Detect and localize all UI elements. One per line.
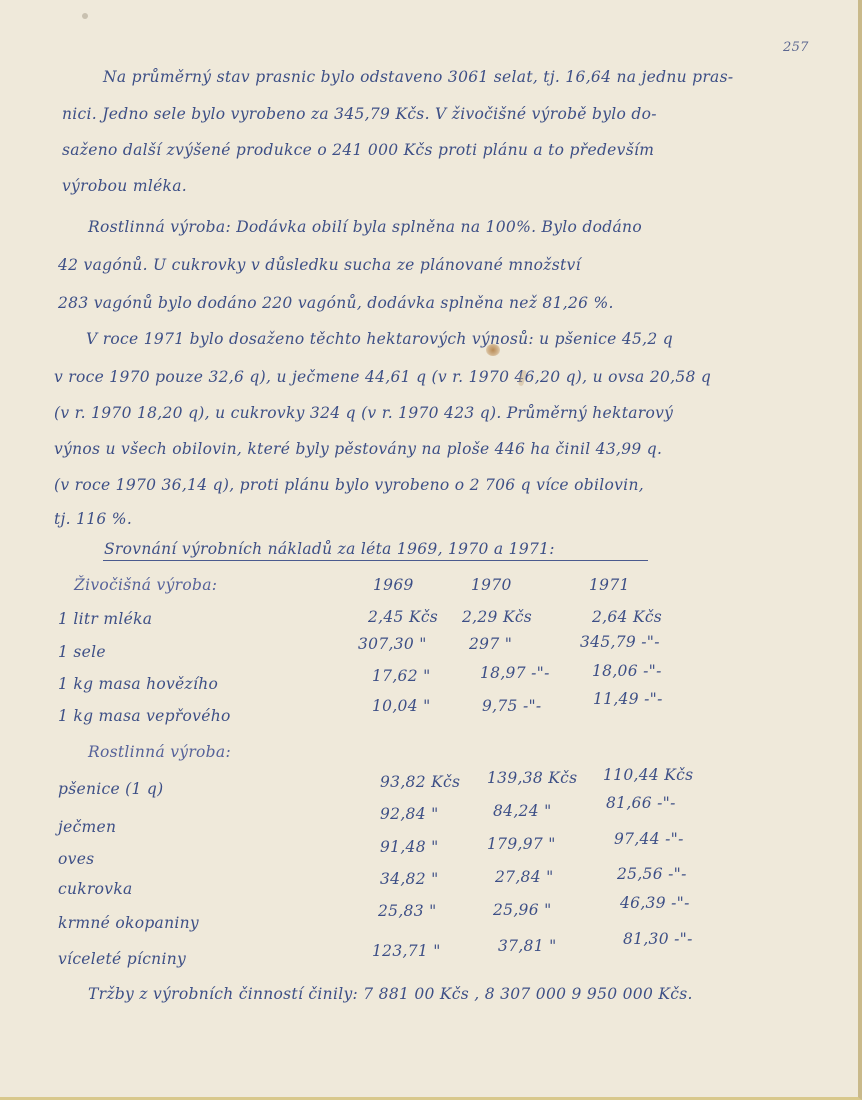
paragraph-3-line-1: V roce 1971 bylo dosaženo těchto hektaro… [86,330,673,348]
table-cell-1970: 139,38 Kčs [487,769,577,787]
table-cell-1970: 25,96 " [493,901,552,919]
table-cell-1971: 2,64 Kčs [592,608,662,626]
table-row-item: víceleté pícniny [58,950,186,968]
document-page: 257 Na průměrný stav prasnic bylo odstav… [0,0,862,1100]
revenue-line: Tržby z výrobních činností činily: 7 881… [88,985,693,1003]
table-cell-1970: 297 " [469,635,512,653]
table-cell-1971: 110,44 Kčs [603,766,693,784]
table-cell-1970: 27,84 " [495,868,554,886]
year-1970: 1970 [471,576,512,594]
paragraph-3-line-4: výnos u všech obilovin, které byly pěsto… [54,440,662,458]
table-cell-1971: 81,30 -"- [623,930,693,948]
table-cell-1970: 18,97 -"- [480,664,550,682]
animal-section-label: Živočišná výroba: [74,576,217,594]
paragraph-3-line-2: v roce 1970 pouze 32,6 q), u ječmene 44,… [54,368,711,386]
table-cell-1971: 46,39 -"- [620,894,690,912]
table-row-item: ječmen [58,818,116,836]
table-row-item: cukrovka [58,880,133,898]
table-cell-1970: 9,75 -"- [482,697,541,715]
table-row-item: 1 sele [58,643,106,661]
table-row-item: 1 kg masa hovězího [58,675,218,693]
paragraph-1-line-1: Na průměrný stav prasnic bylo odstaveno … [103,68,733,86]
table-cell-1969: 10,04 " [372,697,431,715]
table-cell-1971: 11,49 -"- [593,690,663,708]
page-number: 257 [783,40,809,55]
table-cell-1971: 97,44 -"- [614,830,684,848]
table-row-item: 1 litr mléka [58,610,152,628]
table-cell-1969: 34,82 " [380,870,439,888]
paper-blemish [82,13,88,19]
title-underline [103,560,648,561]
table-cell-1970: 37,81 " [498,937,557,955]
paragraph-2-line-1: Rostlinná výroba: Dodávka obilí byla spl… [88,218,642,236]
comparison-title: Srovnání výrobních nákladů za léta 1969,… [104,540,555,558]
table-cell-1970: 179,97 " [487,835,556,853]
table-cell-1969: 25,83 " [378,902,437,920]
plant-section-label: Rostlinná výroba: [88,743,231,761]
table-cell-1969: 92,84 " [380,805,439,823]
table-cell-1969: 123,71 " [372,942,441,960]
paragraph-3-line-3: (v r. 1970 18,20 q), u cukrovky 324 q (v… [54,404,673,422]
paper-stain [486,344,500,356]
paragraph-2-line-2: 42 vagónů. U cukrovky v důsledku sucha z… [58,256,581,274]
table-cell-1971: 81,66 -"- [606,794,676,812]
table-cell-1969: 2,45 Kčs [368,608,438,626]
table-cell-1971: 25,56 -"- [617,865,687,883]
paragraph-1-line-3: saženo další zvýšené produkce o 241 000 … [62,141,654,159]
paragraph-1-line-2: nici. Jedno sele bylo vyrobeno za 345,79… [62,105,657,123]
year-1971: 1971 [589,576,630,594]
table-cell-1969: 307,30 " [358,635,427,653]
paragraph-1-line-4: výrobou mléka. [62,177,187,195]
table-cell-1970: 84,24 " [493,802,552,820]
table-cell-1971: 18,06 -"- [592,662,662,680]
table-cell-1971: 345,79 -"- [580,633,660,651]
table-row-item: pšenice (1 q) [58,780,163,798]
paragraph-3-line-5: (v roce 1970 36,14 q), proti plánu bylo … [54,476,644,494]
table-row-item: 1 kg masa vepřového [58,707,231,725]
paragraph-3-line-6: tj. 116 %. [54,510,132,528]
table-cell-1969: 91,48 " [380,838,439,856]
table-cell-1969: 93,82 Kčs [380,773,460,791]
table-row-item: oves [58,850,94,868]
year-1969: 1969 [373,576,414,594]
table-row-item: krmné okopaniny [58,914,199,932]
paragraph-2-line-3: 283 vagónů bylo dodáno 220 vagónů, dodáv… [58,294,614,312]
table-cell-1970: 2,29 Kčs [462,608,532,626]
table-cell-1969: 17,62 " [372,667,431,685]
